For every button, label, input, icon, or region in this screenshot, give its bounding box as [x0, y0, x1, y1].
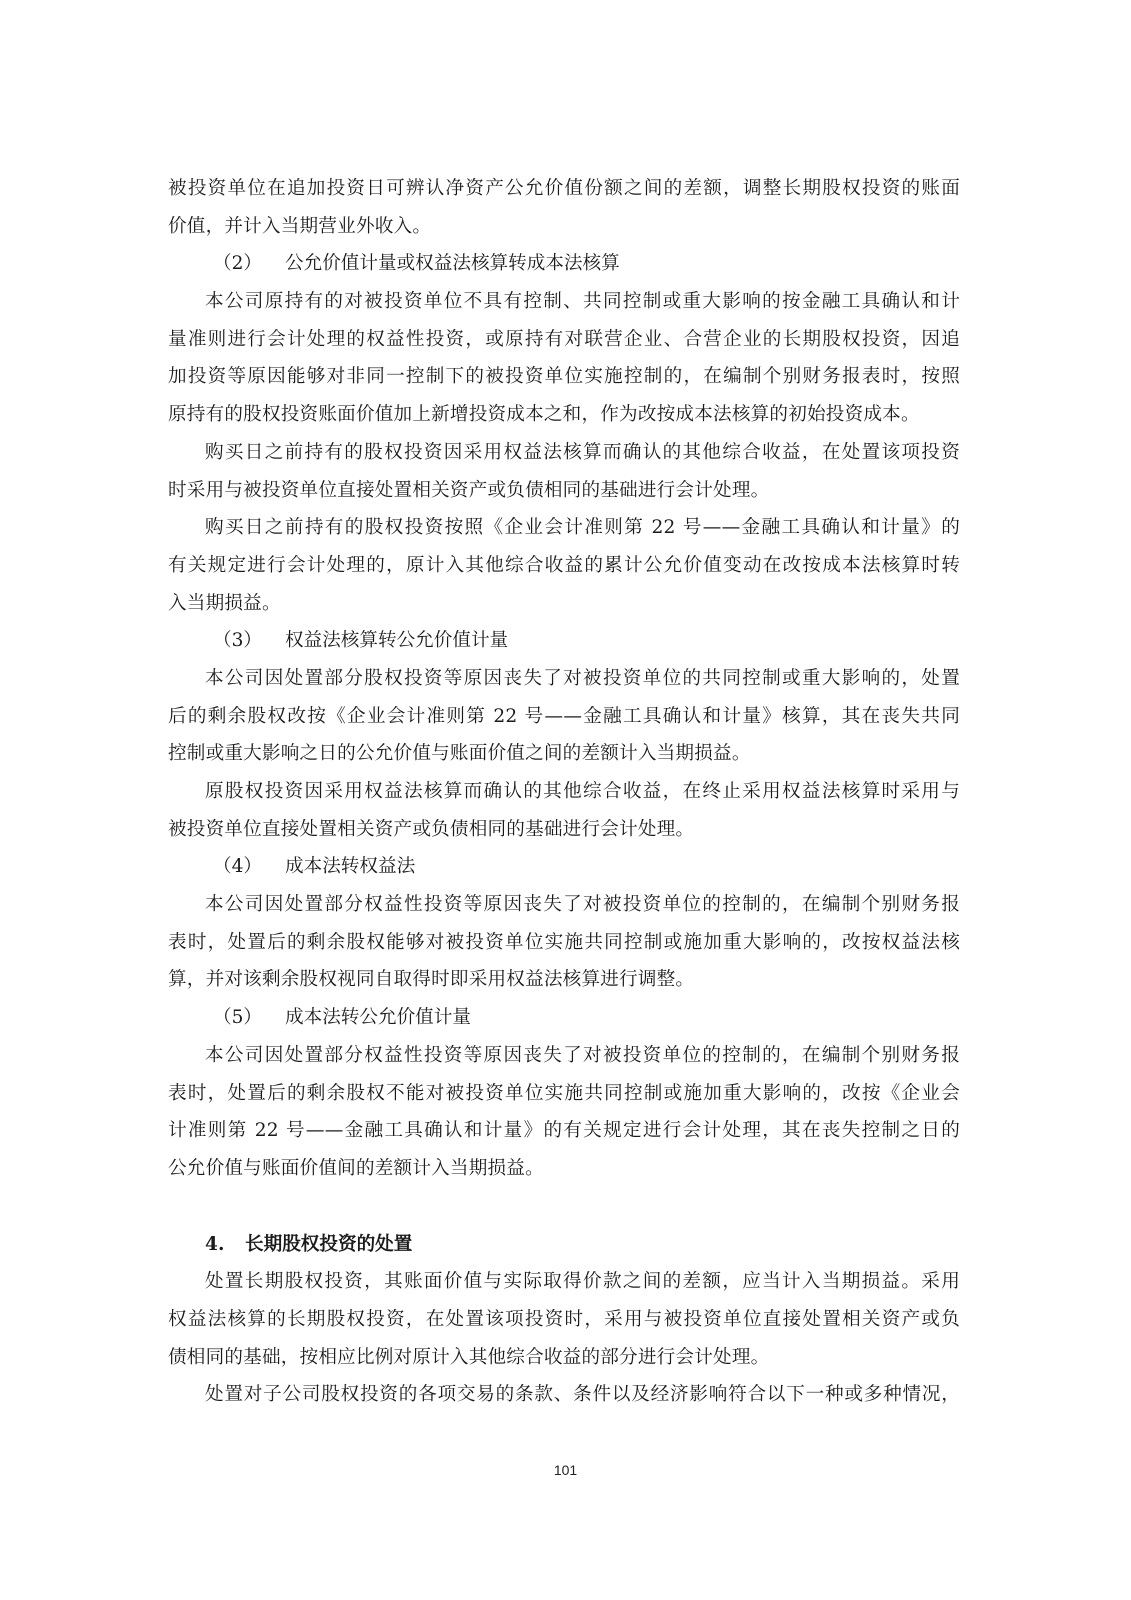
paragraph-line: 控制或重大影响之日的公允价值与账面价值之间的差额计入当期损益。 [168, 735, 960, 773]
subsection-heading: （5）成本法转公允价值计量 [168, 999, 960, 1037]
paragraph-line: 后的剩余股权改按《企业会计准则第 22 号——金融工具确认和计量》核算，其在丧失… [168, 698, 960, 736]
paragraph-line: 权益法核算的长期股权投资，在处置该项投资时，采用与被投资单位直接处置相关资产或负 [168, 1301, 960, 1339]
paragraph-line: 原持有的股权投资账面价值加上新增投资成本之和，作为改按成本法核算的初始投资成本。 [168, 396, 960, 434]
document-body: 被投资单位在追加投资日可辨认净资产公允价值份额之间的差额，调整长期股权投资的账面… [168, 170, 960, 1414]
subsection-heading: （4）成本法转权益法 [168, 848, 960, 886]
paragraph-line: 被投资单位在追加投资日可辨认净资产公允价值份额之间的差额，调整长期股权投资的账面 [168, 170, 960, 208]
paragraph-line: 债相同的基础，按相应比例对原计入其他综合收益的部分进行会计处理。 [168, 1339, 960, 1377]
paragraph-line: 时采用与被投资单位直接处置相关资产或负债相同的基础进行会计处理。 [168, 472, 960, 510]
paragraph-line: 表时，处置后的剩余股权能够对被投资单位实施共同控制或施加重大影响的，改按权益法核 [168, 924, 960, 962]
paragraph-line: 算，并对该剩余股权视同自取得时即采用权益法核算进行调整。 [168, 961, 960, 999]
subsection-title: 成本法转公允价值计量 [285, 1007, 471, 1028]
paragraph-line: 入当期损益。 [168, 585, 960, 623]
subsection-number: （3） [213, 622, 285, 660]
paragraph-line: 本公司因处置部分权益性投资等原因丧失了对被投资单位的控制的，在编制个别财务报 [168, 886, 960, 924]
paragraph: 处置对子公司股权投资的各项交易的条款、条件以及经济影响符合以下一种或多种情况， [168, 1376, 960, 1414]
paragraph-line: 价值，并计入当期营业外收入。 [168, 208, 960, 246]
paragraph: 处置长期股权投资，其账面价值与实际取得价款之间的差额，应当计入当期损益。采用权益… [168, 1263, 960, 1376]
subsection-heading: （3）权益法核算转公允价值计量 [168, 622, 960, 660]
paragraph: 购买日之前持有的股权投资因采用权益法核算而确认的其他综合收益，在处置该项投资时采… [168, 434, 960, 509]
paragraph-line: 处置长期股权投资，其账面价值与实际取得价款之间的差额，应当计入当期损益。采用 [168, 1263, 960, 1301]
paragraph-line: 原股权投资因采用权益法核算而确认的其他综合收益，在终止采用权益法核算时采用与 [168, 773, 960, 811]
section-title: 长期股权投资的处置 [245, 1234, 412, 1255]
subsection-title: 成本法转权益法 [285, 856, 415, 877]
paragraph: 原股权投资因采用权益法核算而确认的其他综合收益，在终止采用权益法核算时采用与被投… [168, 773, 960, 848]
paragraph: 本公司原持有的对被投资单位不具有控制、共同控制或重大影响的按金融工具确认和计量准… [168, 283, 960, 434]
paragraph-line: 被投资单位直接处置相关资产或负债相同的基础进行会计处理。 [168, 811, 960, 849]
paragraph-line: 本公司因处置部分股权投资等原因丧失了对被投资单位的共同控制或重大影响的，处置 [168, 660, 960, 698]
section-number: 4. [205, 1226, 245, 1264]
spacer [168, 1188, 960, 1226]
subsection-title: 公允价值计量或权益法核算转成本法核算 [285, 253, 620, 274]
paragraph-line: 表时，处置后的剩余股权不能对被投资单位实施共同控制或施加重大影响的，改按《企业会 [168, 1075, 960, 1113]
paragraph-line: 购买日之前持有的股权投资因采用权益法核算而确认的其他综合收益，在处置该项投资 [168, 434, 960, 472]
subsection-heading: （2）公允价值计量或权益法核算转成本法核算 [168, 245, 960, 283]
subsection-number: （2） [213, 245, 285, 283]
paragraph: 本公司因处置部分权益性投资等原因丧失了对被投资单位的控制的，在编制个别财务报表时… [168, 886, 960, 999]
paragraph-line: 本公司因处置部分权益性投资等原因丧失了对被投资单位的控制的，在编制个别财务报 [168, 1037, 960, 1075]
paragraph-line: 有关规定进行会计处理的，原计入其他综合收益的累计公允价值变动在改按成本法核算时转 [168, 547, 960, 585]
paragraph-line: 加投资等原因能够对非同一控制下的被投资单位实施控制的，在编制个别财务报表时，按照 [168, 358, 960, 396]
paragraph-line: 处置对子公司股权投资的各项交易的条款、条件以及经济影响符合以下一种或多种情况， [168, 1376, 960, 1414]
paragraph-line: 购买日之前持有的股权投资按照《企业会计准则第 22 号——金融工具确认和计量》的 [168, 509, 960, 547]
page-number: 101 [0, 1462, 1131, 1478]
subsection-number: （5） [213, 999, 285, 1037]
subsection-number: （4） [213, 848, 285, 886]
paragraph-line: 公允价值与账面价值间的差额计入当期损益。 [168, 1150, 960, 1188]
subsection-title: 权益法核算转公允价值计量 [285, 630, 508, 651]
paragraph-line: 计准则第 22 号——金融工具确认和计量》的有关规定进行会计处理，其在丧失控制之… [168, 1112, 960, 1150]
paragraph: 本公司因处置部分权益性投资等原因丧失了对被投资单位的控制的，在编制个别财务报表时… [168, 1037, 960, 1188]
paragraph: 被投资单位在追加投资日可辨认净资产公允价值份额之间的差额，调整长期股权投资的账面… [168, 170, 960, 245]
section-heading: 4.长期股权投资的处置 [168, 1226, 960, 1264]
paragraph: 购买日之前持有的股权投资按照《企业会计准则第 22 号——金融工具确认和计量》的… [168, 509, 960, 622]
paragraph-line: 本公司原持有的对被投资单位不具有控制、共同控制或重大影响的按金融工具确认和计 [168, 283, 960, 321]
paragraph-line: 量准则进行会计处理的权益性投资，或原持有对联营企业、合营企业的长期股权投资，因追 [168, 321, 960, 359]
paragraph: 本公司因处置部分股权投资等原因丧失了对被投资单位的共同控制或重大影响的，处置后的… [168, 660, 960, 773]
